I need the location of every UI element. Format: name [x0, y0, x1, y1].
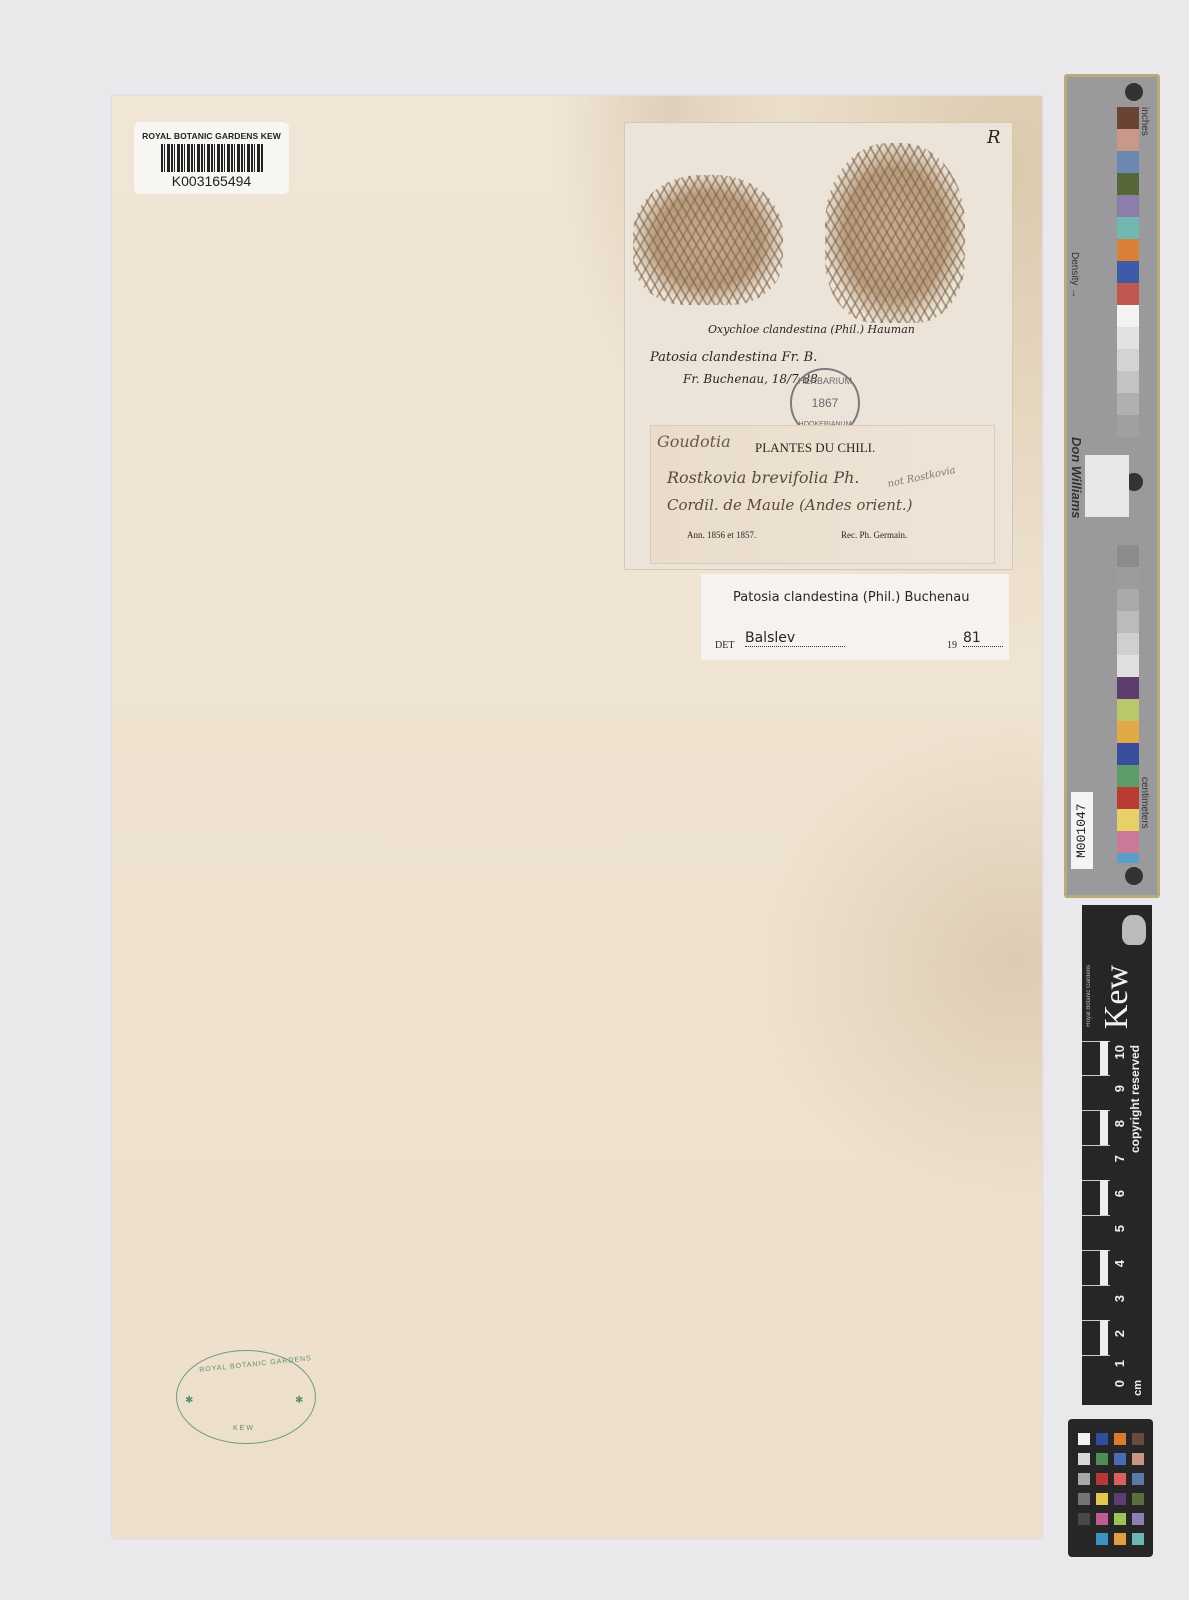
- color-chip: [1132, 1473, 1144, 1485]
- color-chip: [1096, 1473, 1108, 1485]
- label-annotation: not Rostkovia: [887, 465, 957, 490]
- color-chip: [1114, 1493, 1126, 1505]
- scale-number: 5: [1112, 1225, 1127, 1232]
- color-chip: [1078, 1433, 1090, 1445]
- color-calibration-card: [1068, 1419, 1153, 1557]
- swatch: [1117, 217, 1139, 239]
- color-chip: [1132, 1493, 1144, 1505]
- kew-cm-scale: Royal Botanic Gardens Kew copyright rese…: [1082, 905, 1152, 1405]
- scale-tick: [1082, 1285, 1110, 1286]
- scale-number: 0: [1112, 1380, 1127, 1387]
- swatch: [1117, 151, 1139, 173]
- redetermination-note: Oxychloe clandestina (Phil.) Hauman: [708, 323, 915, 336]
- det-determiner: Balslev: [745, 630, 845, 647]
- institution-name: ROYAL BOTANIC GARDENS KEW: [134, 131, 289, 141]
- det-species-name: Patosia clandestina (Phil.) Buchenau: [733, 590, 970, 605]
- scale-strip: [1100, 1041, 1108, 1075]
- plantes-du-chili-label: PLANTES DU CHILI. Goudotia Rostkovia bre…: [650, 425, 995, 564]
- swatch: [1117, 305, 1139, 327]
- barcode-number: K003165494: [134, 173, 289, 189]
- swatch: [1117, 195, 1139, 217]
- label-collector: Rec. Ph. Germain.: [841, 530, 907, 540]
- scale-number: 9: [1112, 1085, 1127, 1092]
- kew-crest-icon: [1122, 915, 1146, 945]
- color-chip: [1114, 1473, 1126, 1485]
- star-icon: ✱: [185, 1395, 193, 1406]
- kew-stamp: ROYAL BOTANIC GARDENS ✱ ✱ KEW: [176, 1350, 316, 1444]
- ruler-density-label: Density →: [1069, 252, 1080, 298]
- scale-strip: [1100, 1250, 1108, 1285]
- color-chip: [1078, 1513, 1090, 1525]
- scale-number: 1: [1112, 1360, 1127, 1367]
- color-chip: [1132, 1453, 1144, 1465]
- scale-tick: [1082, 1215, 1110, 1216]
- swatch: [1117, 655, 1139, 677]
- color-density-ruler: inches Density → Don Williams centimeter…: [1064, 74, 1160, 898]
- swatch: [1117, 415, 1139, 437]
- color-chip: [1096, 1493, 1108, 1505]
- swatch: [1117, 261, 1139, 283]
- kew-stamp-top: ROYAL BOTANIC GARDENS: [199, 1355, 312, 1374]
- color-chip: [1114, 1533, 1126, 1545]
- swatch: [1117, 567, 1139, 589]
- species-name-handwritten: Patosia clandestina Fr. B.: [650, 350, 817, 365]
- copyright-text: copyright reserved: [1128, 1045, 1142, 1153]
- scale-unit: cm: [1132, 1380, 1144, 1396]
- swatch: [1117, 129, 1139, 151]
- swatch: [1117, 589, 1139, 611]
- stamp-top-text: HERBARIUM: [792, 370, 858, 392]
- scale-strip: [1100, 1110, 1108, 1145]
- scale-number: 6: [1112, 1190, 1127, 1197]
- color-chip: [1132, 1533, 1144, 1545]
- barcode-label: ROYAL BOTANIC GARDENS KEW K003165494: [134, 122, 289, 194]
- color-chip: [1078, 1493, 1090, 1505]
- scale-number: 4: [1112, 1260, 1127, 1267]
- scale-number: 10: [1112, 1045, 1127, 1059]
- determination-slip: Patosia clandestina (Phil.) Buchenau DET…: [701, 574, 1009, 660]
- ruler-centimeters-label: centimeters: [1139, 777, 1150, 829]
- swatch: [1117, 721, 1139, 743]
- color-chip: [1114, 1513, 1126, 1525]
- label-genus-note: Goudotia: [657, 432, 731, 451]
- color-chip: [1132, 1433, 1144, 1445]
- swatch: [1117, 611, 1139, 633]
- handwritten-mark: R: [987, 127, 1001, 148]
- plant-specimen-left: [633, 175, 783, 305]
- plant-specimen-right: [825, 143, 965, 323]
- swatch: [1117, 283, 1139, 305]
- ruler-hole-icon: [1125, 83, 1143, 101]
- swatch: [1117, 831, 1139, 853]
- kew-subtitle: Royal Botanic Gardens: [1086, 965, 1092, 1027]
- scale-number: 7: [1112, 1155, 1127, 1162]
- swatch: [1117, 633, 1139, 655]
- swatch: [1117, 809, 1139, 831]
- color-chip: [1132, 1513, 1144, 1525]
- swatch: [1117, 743, 1139, 765]
- color-chip: [1078, 1453, 1090, 1465]
- barcode: [161, 144, 263, 172]
- ruler-id: M001047: [1071, 792, 1093, 869]
- color-chip: [1096, 1533, 1108, 1545]
- label-locality: Cordil. de Maule (Andes orient.): [667, 496, 913, 514]
- det-year: 81: [963, 630, 1003, 647]
- swatch: [1117, 545, 1139, 567]
- color-chip: [1114, 1433, 1126, 1445]
- label-species: Rostkovia brevifolia Ph.: [667, 468, 860, 487]
- scale-tick: [1082, 1355, 1110, 1356]
- scale-number: 3: [1112, 1295, 1127, 1302]
- label-header: PLANTES DU CHILI.: [755, 440, 875, 456]
- stamp-year: 1867: [792, 392, 858, 414]
- color-chip: [1114, 1453, 1126, 1465]
- ruler-inches-label: inches: [1139, 107, 1150, 136]
- scale-strip: [1100, 1320, 1108, 1355]
- swatch: [1117, 787, 1139, 809]
- scale-tick: [1082, 1145, 1110, 1146]
- swatch: [1117, 765, 1139, 787]
- swatch: [1117, 107, 1139, 129]
- kew-logo: Kew: [1098, 965, 1136, 1029]
- label-date: Ann. 1856 et 1857.: [687, 530, 756, 540]
- swatch: [1117, 371, 1139, 393]
- color-chip: [1096, 1433, 1108, 1445]
- swatch: [1117, 239, 1139, 261]
- reference-card: [1085, 455, 1129, 517]
- color-chip: [1078, 1473, 1090, 1485]
- ruler-brand: Don Williams: [1069, 437, 1084, 519]
- det-year-prefix: 19: [947, 640, 957, 651]
- star-icon: ✱: [295, 1395, 303, 1406]
- kew-stamp-bottom: KEW: [233, 1425, 255, 1432]
- ruler-hole-icon: [1125, 867, 1143, 885]
- scale-number: 8: [1112, 1120, 1127, 1127]
- swatch: [1117, 853, 1139, 863]
- det-prefix: DET: [715, 640, 734, 651]
- swatch: [1117, 349, 1139, 371]
- scale-number: 2: [1112, 1330, 1127, 1337]
- swatch: [1117, 327, 1139, 349]
- color-chip: [1096, 1453, 1108, 1465]
- swatch: [1117, 677, 1139, 699]
- color-chip: [1096, 1513, 1108, 1525]
- swatch: [1117, 699, 1139, 721]
- color-chip: [1078, 1533, 1090, 1545]
- scale-tick: [1082, 1075, 1110, 1076]
- scale-strip: [1100, 1180, 1108, 1215]
- swatch: [1117, 393, 1139, 415]
- swatch: [1117, 173, 1139, 195]
